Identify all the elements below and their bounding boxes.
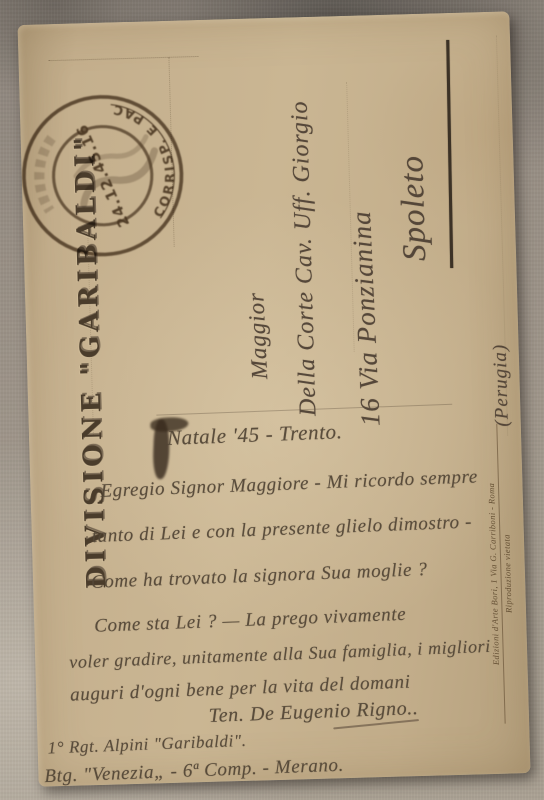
message-line: Come sta Lei ? — La prego vivamente [94,604,407,638]
message-line: Come ha trovato la signora Sua moglie ? [91,559,428,594]
postmark-townname-smudge [23,138,78,211]
unit-line: Btg. "Venezia„ - 6ª Comp. - Merano. [44,755,344,788]
address-block: Maggior Della Corte Cav. Uff. Giorgio 16… [233,28,538,438]
postcard-photo: DIVISIONE "GARIBALDI" CORRISP. E PACCHI … [0,0,544,800]
postmark-stamp: CORRISP. E PACCHI 24.12.45.16 [12,85,193,266]
message-line: voler gradire, unitamente alla Sua famig… [69,636,491,673]
address-guide-line [48,56,198,61]
publisher-imprint: Edizioni d'Arte Bori, 1 Via G. Carriboni… [484,423,517,724]
postcard: DIVISIONE "GARIBALDI" CORRISP. E PACCHI … [17,11,530,786]
address-line-province: (Perugia) [490,343,514,426]
address-line: Della Corte Cav. Uff. Giorgio [287,100,323,416]
message-block: Natale '45 - Trento. Egregio Signor Magg… [17,11,509,25]
message-line: Natale '45 - Trento. [167,419,343,451]
address-line-city: Spoleto [394,155,434,262]
message-line: tanto di Lei e con la presente glielo di… [91,512,472,549]
unit-line: 1° Rgt. Alpini "Garibaldi". [47,731,247,759]
postmark-date: 24.12.45.16 [73,121,133,229]
address-line: Maggior [243,291,273,380]
city-underline [446,40,453,268]
address-line: 16 Via Ponzianina [346,210,387,427]
